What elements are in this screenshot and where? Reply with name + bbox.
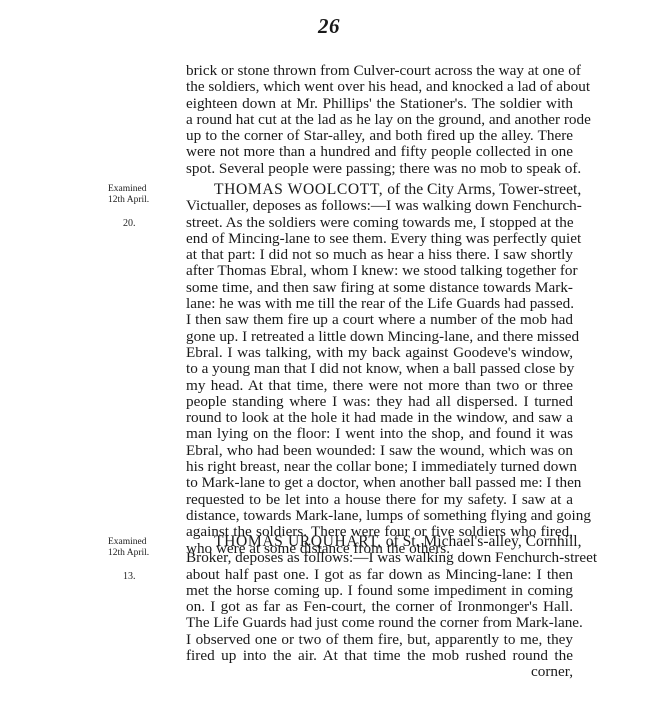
text-line: spot. Several people were passing; there… bbox=[186, 161, 573, 177]
text-line: fired up into the air. At that time the … bbox=[186, 648, 573, 664]
text-line: my head. At that time, there were not mo… bbox=[186, 378, 573, 394]
margin-note: Examined 12th April. 20. bbox=[108, 184, 178, 229]
text-line: were not more than a hundred and fifty p… bbox=[186, 144, 573, 160]
text-line: on. I got as far as Fen-court, the corne… bbox=[186, 599, 573, 615]
margin-note-label: Examined bbox=[108, 537, 178, 548]
deposition-woolcott: THOMAS WOOLCOTT, of the City Arms, Tower… bbox=[186, 182, 573, 557]
catchword: corner, bbox=[186, 664, 573, 680]
text-line: distance, towards Mark-lane, lumps of so… bbox=[186, 508, 573, 524]
text-line: Broker, deposes as follows:—I was walkin… bbox=[186, 550, 573, 566]
text-line: Ebral. I was talking, with my back again… bbox=[186, 345, 573, 361]
margin-note-number: 13. bbox=[108, 571, 178, 582]
text-line: man lying on the floor: I went into the … bbox=[186, 426, 573, 442]
witness-name: THOMAS WOOLCOTT, bbox=[214, 181, 383, 198]
margin-note: Examined 12th April. 13. bbox=[108, 537, 178, 582]
margin-note-label: Examined bbox=[108, 184, 178, 195]
text-line: the soldiers, which went over his head, … bbox=[186, 79, 573, 95]
deposition-urquhart: THOMAS URQUHART, of St. Michael's-alley,… bbox=[186, 534, 573, 681]
text-line: round to look at the hole it had made in… bbox=[186, 410, 573, 426]
witness-description: of the City Arms, Tower-street, bbox=[383, 181, 581, 198]
text-line: I then saw them fire up a court where a … bbox=[186, 312, 573, 328]
document-page: 26 brick or stone thrown from Culver-cou… bbox=[0, 0, 658, 718]
text-line: requested to be let into a house there f… bbox=[186, 492, 573, 508]
text-line: a round hat cut at the lad as he lay on … bbox=[186, 112, 573, 128]
page-number: 26 bbox=[0, 14, 658, 39]
text-line: people standing where I was: they had al… bbox=[186, 394, 573, 410]
text-line: end of Mincing-lane to see them. Every t… bbox=[186, 231, 573, 247]
text-line: The Life Guards had just come round the … bbox=[186, 615, 573, 631]
text-line: brick or stone thrown from Culver-court … bbox=[186, 63, 573, 79]
margin-note-date: 12th April. bbox=[108, 195, 178, 206]
paragraph-continuation: brick or stone thrown from Culver-court … bbox=[186, 63, 573, 177]
text-line: after Thomas Ebral, whom I knew: we stoo… bbox=[186, 263, 573, 279]
text-line: eighteen down at Mr. Phillips' the Stati… bbox=[186, 96, 573, 112]
text-line: some time, and then saw firing at some d… bbox=[186, 280, 573, 296]
text-line: gone up. I retreated a little down Minci… bbox=[186, 329, 573, 345]
text-line: at that part: I did not so much as hear … bbox=[186, 247, 573, 263]
witness-name: THOMAS URQUHART, bbox=[214, 533, 382, 550]
text-line: to a young man that I did not know, when… bbox=[186, 361, 573, 377]
witness-description: of St. Michael's-alley, Cornhill, bbox=[382, 533, 582, 550]
deposition-heading-line: THOMAS URQUHART, of St. Michael's-alley,… bbox=[186, 534, 573, 550]
text-line: I observed one or two of them fire, but,… bbox=[186, 632, 573, 648]
text-line: street. As the soldiers were coming towa… bbox=[186, 215, 573, 231]
deposition-heading-line: THOMAS WOOLCOTT, of the City Arms, Tower… bbox=[186, 182, 573, 198]
text-line: up to the corner of Star-alley, and both… bbox=[186, 128, 573, 144]
text-line: Victualler, deposes as follows:—I was wa… bbox=[186, 198, 573, 214]
text-line: his right breast, near the collar bone; … bbox=[186, 459, 573, 475]
margin-note-number: 20. bbox=[108, 218, 178, 229]
text-line: Ebral, who had been wounded: I saw the w… bbox=[186, 443, 573, 459]
text-line: met the horse coming up. I found some im… bbox=[186, 583, 573, 599]
text-line: to Mark-lane to get a doctor, when anoth… bbox=[186, 475, 573, 491]
text-line: lane: he was with me till the rear of th… bbox=[186, 296, 573, 312]
text-line: about half past one. I got as far down a… bbox=[186, 567, 573, 583]
margin-note-date: 12th April. bbox=[108, 548, 178, 559]
